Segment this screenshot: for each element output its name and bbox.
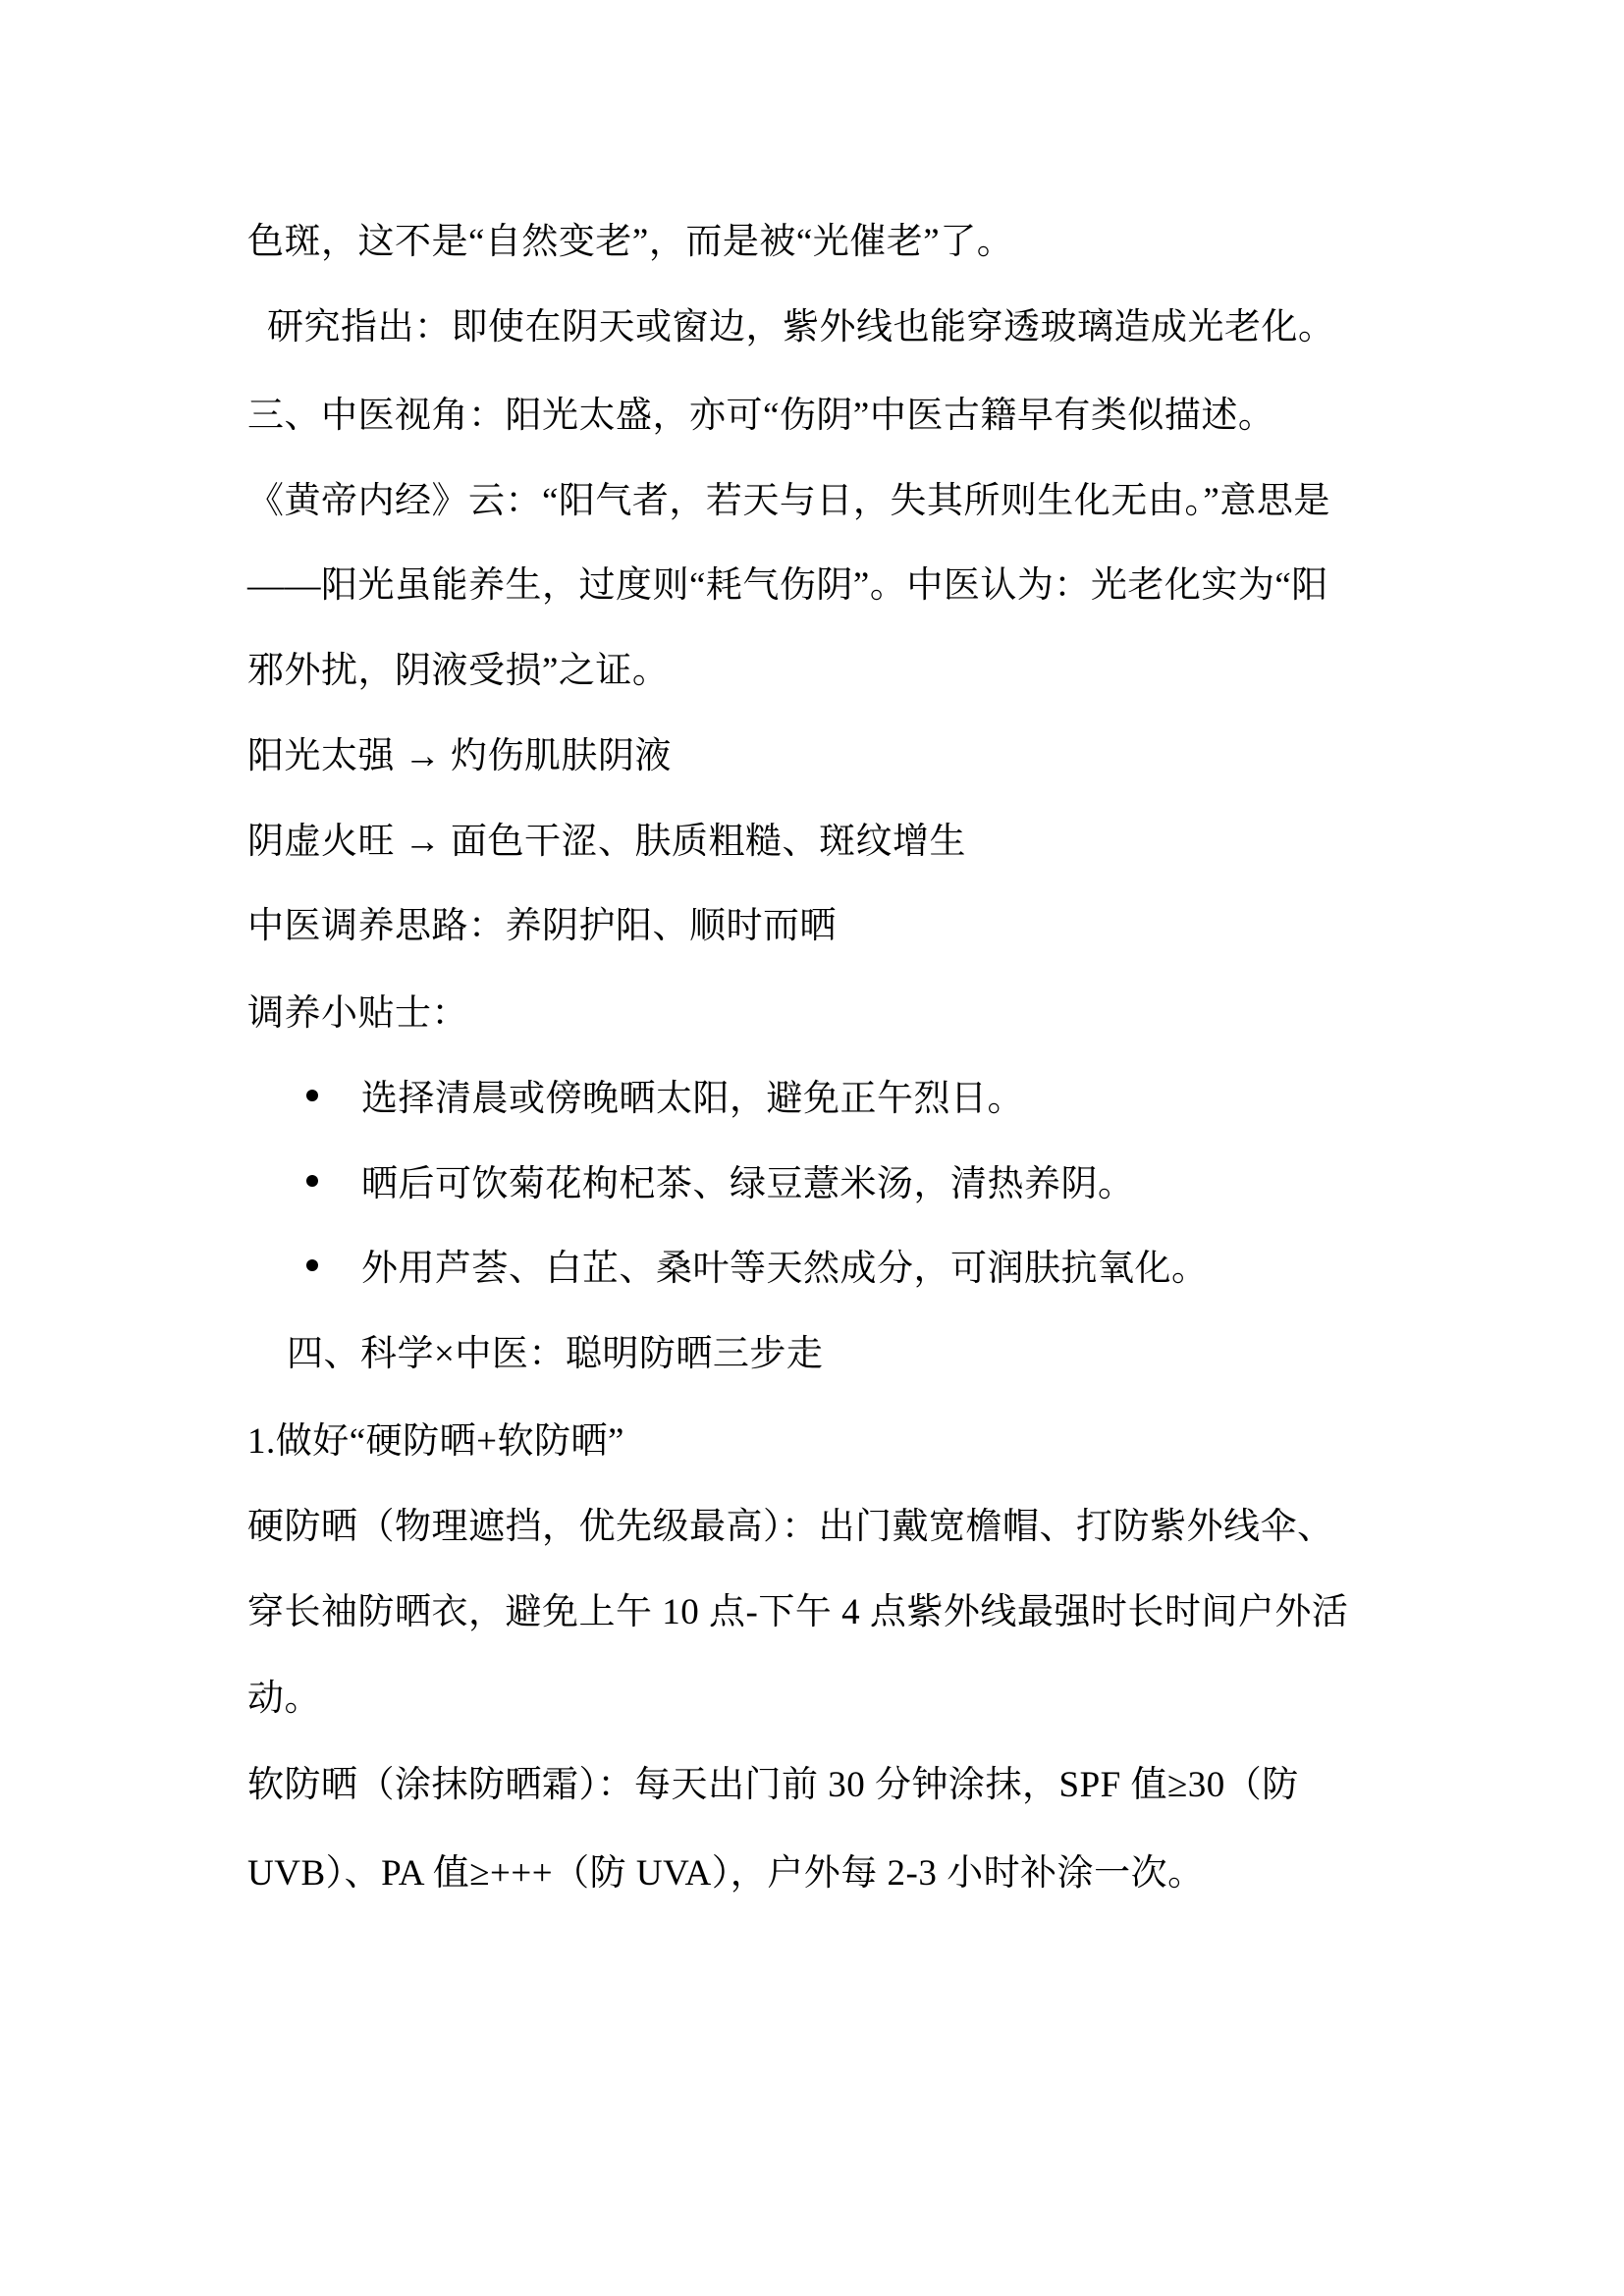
approach-line: 中医调养思路：养阴护阳、顺时而晒: [247, 905, 1396, 948]
hard-sunscreen-line: 硬防晒（物理遮挡，优先级最高）：出门戴宽檐帽、打防紫外线伞、: [247, 1506, 1396, 1549]
cause-effect-line: 阴虚火旺 → 面色干涩、肤质粗糙、斑纹增生: [247, 821, 1396, 864]
list-item-text: 选择清晨或傍晚晒太阳，避免正午烈日。: [361, 1078, 1510, 1121]
paragraph-line: 邪外扰，阴液受损”之证。: [247, 650, 1396, 693]
bullet-icon: [306, 1090, 318, 1101]
cause-effect-line: 阳光太强 → 灼伤肌肤阴液: [247, 735, 1396, 778]
section-3-heading: 三、中医视角：阳光太盛，亦可“伤阴”中医古籍早有类似描述。: [247, 395, 1396, 438]
paragraph-line: 《黄帝内经》云：“阳气者，若天与日，失其所则生化无由。”意思是: [247, 480, 1396, 523]
document-page: 色斑，这不是“自然变老”，而是被“光催老”了。 研究指出：即使在阴天或窗边，紫外…: [0, 0, 1624, 2296]
paragraph-line: 色斑，这不是“自然变老”，而是被“光催老”了。: [247, 221, 1396, 264]
list-item-text: 晒后可饮菊花枸杞茶、绿豆薏米汤，清热养阴。: [361, 1163, 1510, 1206]
soft-sunscreen-line: 软防晒（涂抹防晒霜）：每天出门前 30 分钟涂抹，SPF 值≥30（防: [247, 1764, 1396, 1807]
hard-sunscreen-line: 动。: [247, 1678, 1396, 1721]
bullet-icon: [306, 1259, 318, 1271]
list-item-text: 外用芦荟、白芷、桑叶等天然成分，可润肤抗氧化。: [361, 1248, 1510, 1291]
tips-heading: 调养小贴士：: [247, 992, 1396, 1036]
paragraph-line: ——阳光虽能养生，过度则“耗气伤阴”。中医认为：光老化实为“阳: [247, 564, 1396, 608]
step-1-title: 1.做好“硬防晒+软防晒”: [247, 1420, 1396, 1464]
section-4-heading: 四、科学×中医：聪明防晒三步走: [287, 1333, 1435, 1376]
bullet-icon: [306, 1175, 318, 1187]
hard-sunscreen-line: 穿长袖防晒衣，避免上午 10 点-下午 4 点紫外线最强时长时间户外活: [247, 1591, 1396, 1634]
research-note: 研究指出：即使在阴天或窗边，紫外线也能穿透玻璃造成光老化。: [267, 306, 1416, 349]
soft-sunscreen-line: UVB）、PA 值≥+++（防 UVA），户外每 2-3 小时补涂一次。: [247, 1852, 1396, 1896]
